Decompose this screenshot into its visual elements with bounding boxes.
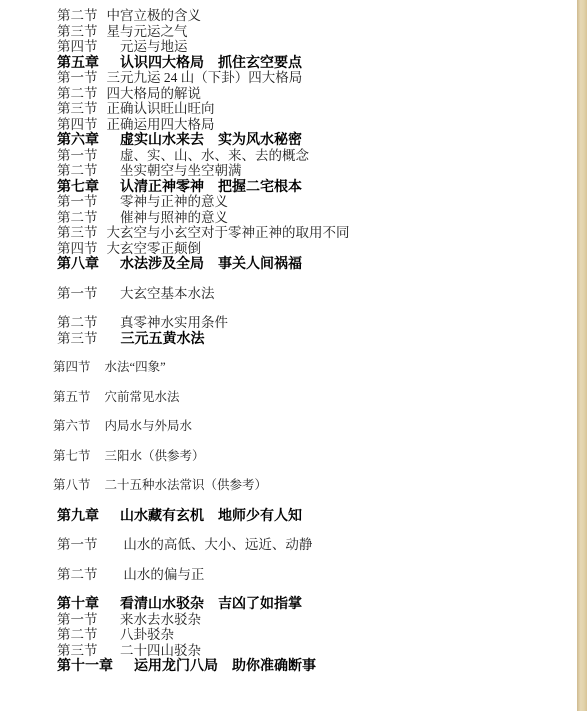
toc-row-label: 第三节 bbox=[57, 24, 98, 40]
book-page: 第二节中宫立极的含义第三节星与元运之气第四节 元运与地运第五章认识四大格局 抓住… bbox=[0, 0, 587, 711]
toc-row-title: 认清正神零神 把握二宅根本 bbox=[120, 179, 302, 195]
toc-row-title: 山水的偏与正 bbox=[107, 567, 205, 583]
toc-row-title: 三元九运 24 山（下卦）四大格局 bbox=[107, 70, 303, 86]
toc-row-title: 水法涉及全局 事关人间祸福 bbox=[120, 256, 302, 272]
toc-section-row: 第四节大玄空零正颠倒 bbox=[57, 241, 563, 257]
toc-row-label: 第三节 bbox=[57, 331, 98, 347]
toc-row-label: 第一节 bbox=[57, 194, 98, 210]
toc-chapter-row: 第十章看清山水驳杂 吉凶了如指掌 bbox=[57, 596, 563, 612]
toc-chapter-row: 第六章虚实山水来去 实为风水秘密 bbox=[57, 132, 563, 148]
toc-row-title: 正确认识旺山旺向 bbox=[107, 101, 215, 117]
toc-row-title: 二十五种水法常识（供参考） bbox=[105, 478, 268, 494]
toc-row-title: 真零神水实用条件 bbox=[107, 315, 229, 331]
toc-section-row: 第二节中宫立极的含义 bbox=[57, 8, 563, 24]
toc-section-row: 第七节三阳水（供参考） bbox=[53, 449, 563, 465]
toc-row-label: 第一节 bbox=[57, 537, 98, 553]
toc-row-title: 零神与正神的意义 bbox=[107, 194, 229, 210]
toc-row-label: 第四节 bbox=[57, 241, 98, 257]
toc-section-row: 第二节 八卦驳杂 bbox=[57, 627, 563, 643]
toc-row-title: 虚、实、山、水、来、去的概念 bbox=[107, 148, 310, 164]
toc-row-title: 催神与照神的意义 bbox=[107, 210, 229, 226]
toc-row-label: 第一节 bbox=[57, 286, 98, 302]
toc-row-title: 来水去水驳杂 bbox=[107, 612, 202, 628]
toc-row-title: 认识四大格局 抓住玄空要点 bbox=[120, 55, 302, 71]
toc-row-label: 第三节 bbox=[57, 225, 98, 241]
toc-section-row: 第一节 来水去水驳杂 bbox=[57, 612, 563, 628]
toc-row-label: 第二节 bbox=[57, 8, 98, 24]
toc-section-row: 第一节 山水的高低、大小、远近、动静 bbox=[57, 537, 563, 553]
table-of-contents: 第二节中宫立极的含义第三节星与元运之气第四节 元运与地运第五章认识四大格局 抓住… bbox=[57, 8, 563, 674]
toc-row-label: 第八节 bbox=[53, 478, 91, 494]
toc-row-title: 二十四山驳杂 bbox=[107, 643, 202, 659]
toc-section-row: 第三节大玄空与小玄空对于零神正神的取用不同 bbox=[57, 225, 563, 241]
toc-row-label: 第九章 bbox=[57, 508, 99, 524]
toc-row-title: 星与元运之气 bbox=[107, 24, 188, 40]
toc-section-row: 第四节 元运与地运 bbox=[57, 39, 563, 55]
toc-row-label: 第二节 bbox=[57, 86, 98, 102]
toc-row-title: 正确运用四大格局 bbox=[107, 117, 215, 133]
toc-row-label: 第一节 bbox=[57, 70, 98, 86]
toc-row-title: 穴前常见水法 bbox=[105, 390, 180, 406]
toc-row-title: 水法“四象” bbox=[105, 360, 166, 376]
toc-chapter-row: 第十一章运用龙门八局 助你准确断事 bbox=[57, 658, 563, 674]
toc-section-row: 第一节 虚、实、山、水、来、去的概念 bbox=[57, 148, 563, 164]
toc-row-title: 元运与地运 bbox=[107, 39, 188, 55]
toc-section-row: 第五节穴前常见水法 bbox=[53, 390, 563, 406]
toc-section-row: 第一节 大玄空基本水法 bbox=[57, 286, 563, 302]
toc-row-label: 第一节 bbox=[57, 148, 98, 164]
toc-row-title: 八卦驳杂 bbox=[107, 627, 175, 643]
toc-section-row: 第三节 三元五黄水法 bbox=[57, 331, 563, 347]
toc-row-label: 第四节 bbox=[57, 117, 98, 133]
toc-row-title: 中宫立极的含义 bbox=[107, 8, 202, 24]
toc-row-label: 第十章 bbox=[57, 596, 99, 612]
toc-chapter-row: 第八章水法涉及全局 事关人间祸福 bbox=[57, 256, 563, 272]
toc-section-row: 第一节 零神与正神的意义 bbox=[57, 194, 563, 210]
toc-row-title: 运用龙门八局 助你准确断事 bbox=[134, 658, 316, 674]
toc-row-label: 第二节 bbox=[57, 567, 98, 583]
toc-row-title: 大玄空基本水法 bbox=[107, 286, 215, 302]
toc-row-title: 坐实朝空与坐空朝满 bbox=[107, 163, 242, 179]
toc-section-row: 第三节正确认识旺山旺向 bbox=[57, 101, 563, 117]
toc-row-label: 第二节 bbox=[57, 210, 98, 226]
toc-section-row: 第三节星与元运之气 bbox=[57, 24, 563, 40]
toc-row-label: 第八章 bbox=[57, 256, 99, 272]
toc-row-label: 第三节 bbox=[57, 643, 98, 659]
page-edge-strip bbox=[577, 0, 587, 711]
toc-row-label: 第五章 bbox=[57, 55, 99, 71]
toc-section-row: 第八节二十五种水法常识（供参考） bbox=[53, 478, 563, 494]
toc-chapter-row: 第五章认识四大格局 抓住玄空要点 bbox=[57, 55, 563, 71]
toc-row-label: 第七章 bbox=[57, 179, 99, 195]
toc-row-label: 第六节 bbox=[53, 419, 91, 435]
toc-row-label: 第七节 bbox=[53, 449, 91, 465]
toc-row-title: 大玄空与小玄空对于零神正神的取用不同 bbox=[107, 225, 350, 241]
toc-row-label: 第五节 bbox=[53, 390, 91, 406]
toc-row-label: 第二节 bbox=[57, 315, 98, 331]
toc-section-row: 第四节水法“四象” bbox=[53, 360, 563, 376]
toc-section-row: 第二节 真零神水实用条件 bbox=[57, 315, 563, 331]
toc-section-row: 第四节正确运用四大格局 bbox=[57, 117, 563, 133]
toc-row-label: 第一节 bbox=[57, 612, 98, 628]
toc-row-title: 四大格局的解说 bbox=[107, 86, 202, 102]
toc-section-row: 第一节三元九运 24 山（下卦）四大格局 bbox=[57, 70, 563, 86]
toc-section-row: 第二节 坐实朝空与坐空朝满 bbox=[57, 163, 563, 179]
toc-row-label: 第四节 bbox=[53, 360, 91, 376]
toc-row-title: 山水藏有玄机 地师少有人知 bbox=[120, 508, 302, 524]
toc-row-label: 第六章 bbox=[57, 132, 99, 148]
toc-row-label: 第十一章 bbox=[57, 658, 113, 674]
toc-row-title: 看清山水驳杂 吉凶了如指掌 bbox=[120, 596, 302, 612]
toc-chapter-row: 第九章山水藏有玄机 地师少有人知 bbox=[57, 508, 563, 524]
toc-section-row: 第二节 催神与照神的意义 bbox=[57, 210, 563, 226]
toc-row-title: 大玄空零正颠倒 bbox=[107, 241, 202, 257]
toc-chapter-row: 第七章认清正神零神 把握二宅根本 bbox=[57, 179, 563, 195]
toc-row-label: 第四节 bbox=[57, 39, 98, 55]
toc-row-title: 三元五黄水法 bbox=[107, 331, 205, 347]
toc-section-row: 第二节 山水的偏与正 bbox=[57, 567, 563, 583]
toc-row-title: 内局水与外局水 bbox=[105, 419, 193, 435]
toc-row-label: 第三节 bbox=[57, 101, 98, 117]
toc-row-title: 山水的高低、大小、远近、动静 bbox=[107, 537, 313, 553]
toc-section-row: 第三节 二十四山驳杂 bbox=[57, 643, 563, 659]
toc-section-row: 第六节内局水与外局水 bbox=[53, 419, 563, 435]
toc-section-row: 第二节四大格局的解说 bbox=[57, 86, 563, 102]
toc-row-title: 三阳水（供参考） bbox=[105, 449, 205, 465]
toc-row-title: 虚实山水来去 实为风水秘密 bbox=[120, 132, 302, 148]
toc-row-label: 第二节 bbox=[57, 627, 98, 643]
toc-row-label: 第二节 bbox=[57, 163, 98, 179]
